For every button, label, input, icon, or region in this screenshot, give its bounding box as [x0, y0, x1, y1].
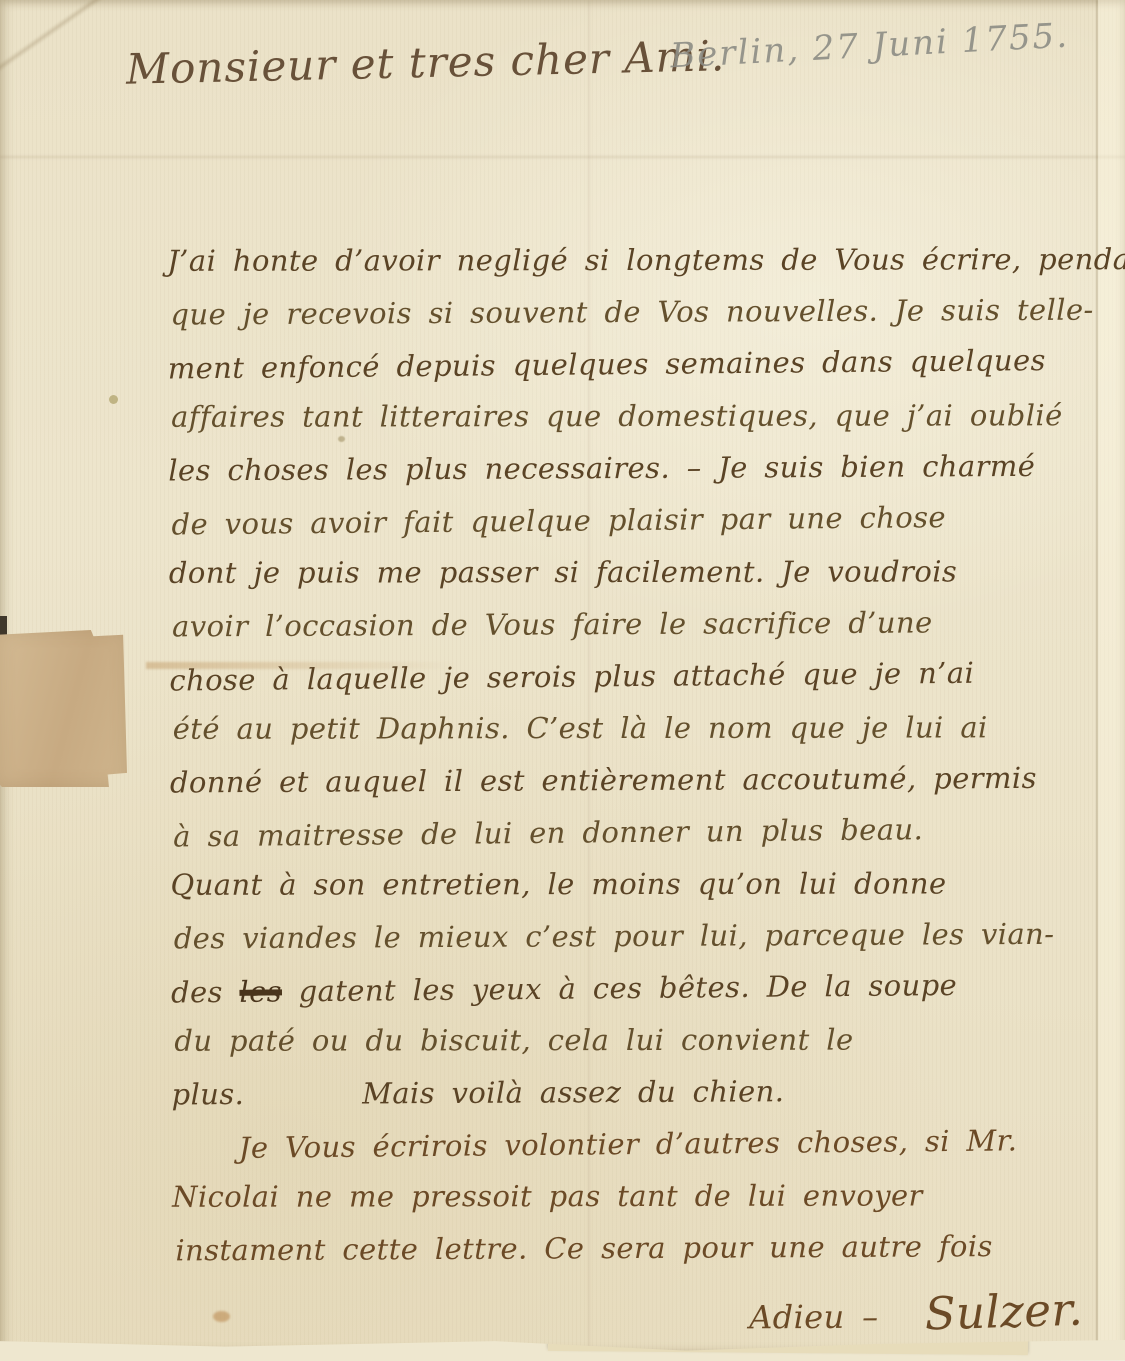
letter-paper: Monsieur et tres cher Ami. Berlin, 27 Ju…	[0, 0, 1125, 1352]
letter-body: J’ai honte d’avoir negligé si longtems d…	[167, 241, 1105, 1343]
letter-line: été au petit Daphnis. C’est là le nom qu…	[173, 710, 1102, 764]
letter-line: ment enfoncé depuis quelques semaines da…	[168, 343, 1100, 404]
letter-line: à sa maitresse de lui en donner un plus …	[173, 811, 1102, 872]
letter-line: que je recevois si souvent de Vos nouvel…	[170, 293, 1099, 350]
letter-line: instament cette lettre. Ce sera pour une…	[175, 1229, 1104, 1286]
signature: Sulzer.	[924, 1283, 1084, 1341]
line-text: gatent les yeux à ces bêtes. De la soupe	[282, 968, 957, 1008]
ink-stain	[109, 395, 118, 404]
letter-line: chose à laquelle je serois plus attaché …	[169, 655, 1101, 716]
letter-line: J’ai honte d’avoir negligé si longtems d…	[167, 242, 1099, 296]
repair-patch	[0, 630, 127, 787]
letter-line-split: plus.Mais voilà assez du chien.	[171, 1073, 1103, 1130]
letter-line: de vous avoir fait quelque plaisir par u…	[171, 499, 1100, 560]
letter-line: avoir l’occasion de Vous faire le sacrif…	[172, 605, 1101, 662]
letter-line: les choses les plus necessaires. – Je su…	[168, 449, 1100, 506]
letter-closing: Adieu – Sulzer.	[173, 1285, 1105, 1343]
letter-line: affaires tant litteraires que domestique…	[171, 398, 1100, 452]
date-annotation: Berlin, 27 Juni 1755.	[669, 16, 1070, 77]
letter-line: Je Vous écrirois volontier d’autres chos…	[175, 1123, 1104, 1184]
letter-line-with-strikethrough: des les gatent les yeux à ces bêtes. De …	[171, 967, 1103, 1028]
letter-line: dont je puis me passer si facilement. Je…	[169, 554, 1101, 608]
farewell: Adieu –	[749, 1298, 879, 1337]
letter-line: Quant à son entretien, le moins qu’on lu…	[170, 866, 1102, 920]
fold-crease-horizontal	[0, 156, 1125, 158]
salutation: Monsieur et tres cher Ami.	[126, 31, 726, 94]
letter-line: donné et auquel il est entièrement accou…	[170, 761, 1102, 818]
line-text: des	[171, 975, 240, 1010]
letter-line: Nicolai ne me pressoit pas tant de lui e…	[172, 1178, 1104, 1232]
fold-crease-top-left	[0, 0, 121, 81]
letter-line: du paté ou du biscuit, cela lui convient…	[174, 1022, 1103, 1076]
struck-out-word: les	[239, 974, 282, 1008]
line-text: plus.	[171, 1077, 244, 1111]
line-text: Mais voilà assez du chien.	[362, 1074, 784, 1110]
letter-line: des viandes le mieux c’est pour lui, par…	[174, 917, 1103, 974]
